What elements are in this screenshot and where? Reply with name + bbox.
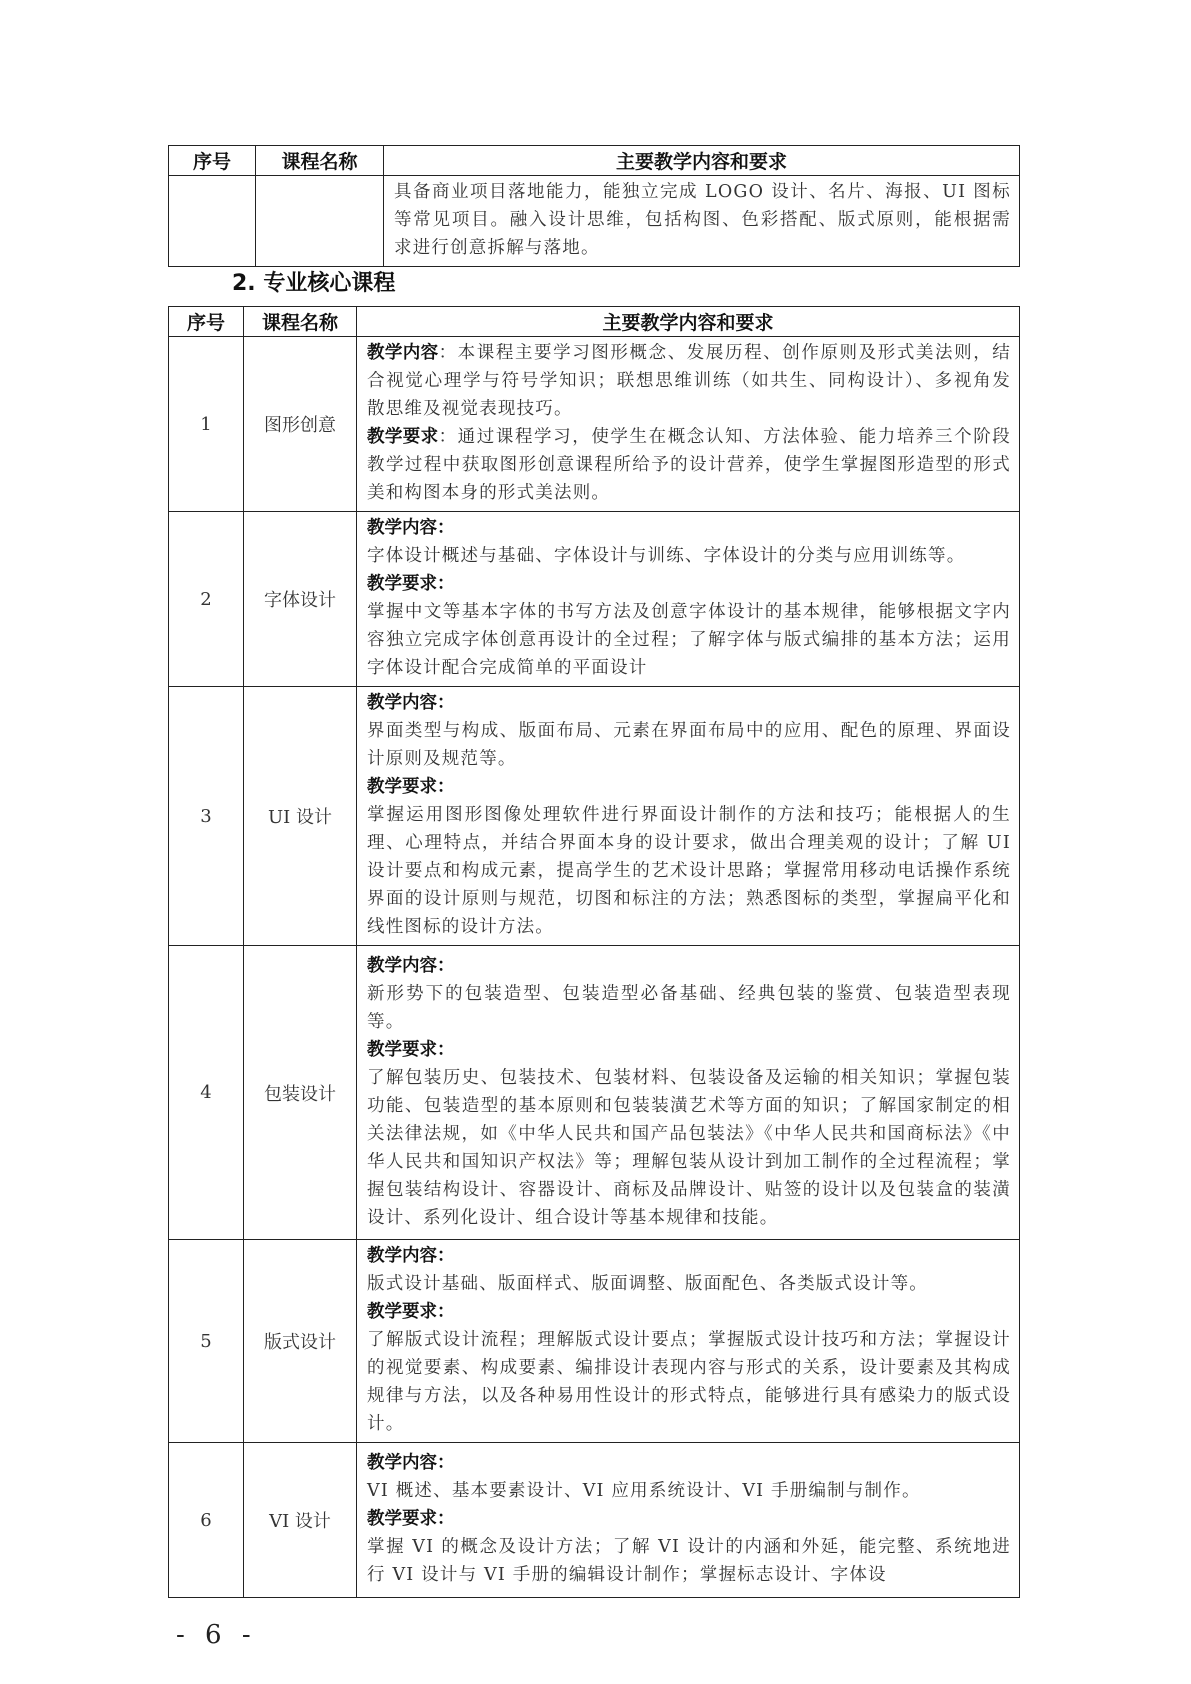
header-course-name: 课程名称 bbox=[256, 146, 384, 176]
table-row: 1 图形创意 教学内容：本课程主要学习图形概念、发展历程、创作原则及形式美法则，… bbox=[169, 337, 1020, 512]
row-content: 教学内容：本课程主要学习图形概念、发展历程、创作原则及形式美法则，结合视觉心理学… bbox=[357, 337, 1020, 512]
general-courses-table-continued: 序号 课程名称 主要教学内容和要求 具备商业项目落地能力，能独立完成 LOGO … bbox=[168, 145, 1020, 267]
table-row: 6 VI 设计 教学内容： VI 概述、基本要素设计、VI 应用系统设计、VI … bbox=[169, 1443, 1020, 1598]
table-row: 5 版式设计 教学内容： 版式设计基础、版面样式、版面调整、版面配色、各类版式设… bbox=[169, 1240, 1020, 1443]
requirement-text: ：通过课程学习，使学生在概念认知、方法体验、能力培养三个阶段教学过程中获取图形创… bbox=[367, 427, 1011, 503]
row-course-name: 图形创意 bbox=[244, 337, 357, 512]
content-label: 教学内容： bbox=[367, 1449, 1011, 1477]
requirement-label: 教学要求： bbox=[367, 773, 1011, 801]
requirement-label: 教学要求： bbox=[367, 1036, 1011, 1064]
table-row: 具备商业项目落地能力，能独立完成 LOGO 设计、名片、海报、UI 图标等常见项… bbox=[169, 176, 1020, 267]
content-text: ：本课程主要学习图形概念、发展历程、创作原则及形式美法则，结合视觉心理学与符号学… bbox=[367, 343, 1011, 419]
table-header-row: 序号 课程名称 主要教学内容和要求 bbox=[169, 146, 1020, 176]
row-index: 1 bbox=[169, 337, 244, 512]
header-course-name: 课程名称 bbox=[244, 307, 357, 337]
content-text: VI 概述、基本要素设计、VI 应用系统设计、VI 手册编制与制作。 bbox=[367, 1477, 1011, 1505]
row-index: 4 bbox=[169, 946, 244, 1240]
requirement-text: 了解包装历史、包装技术、包装材料、包装设备及运输的相关知识；掌握包装功能、包装造… bbox=[367, 1064, 1011, 1232]
table-header-row: 序号 课程名称 主要教学内容和要求 bbox=[169, 307, 1020, 337]
requirement-label: 教学要求 bbox=[367, 427, 439, 447]
header-index: 序号 bbox=[169, 146, 256, 176]
content-text: 新形势下的包装造型、包装造型必备基础、经典包装的鉴赏、包装造型表现等。 bbox=[367, 980, 1011, 1036]
row-course-name: VI 设计 bbox=[244, 1443, 357, 1598]
row-content: 教学内容： 字体设计概述与基础、字体设计与训练、字体设计的分类与应用训练等。 教… bbox=[357, 512, 1020, 687]
page-number: - 6 - bbox=[176, 1620, 257, 1650]
core-courses-table: 序号 课程名称 主要教学内容和要求 1 图形创意 教学内容：本课程主要学习图形概… bbox=[168, 306, 1020, 1598]
row-course-name bbox=[256, 176, 384, 267]
content-label: 教学内容： bbox=[367, 514, 1011, 542]
content-label: 教学内容： bbox=[367, 952, 1011, 980]
row-content: 教学内容： 界面类型与构成、版面布局、元素在界面布局中的应用、配色的原理、界面设… bbox=[357, 687, 1020, 946]
row-index: 3 bbox=[169, 687, 244, 946]
requirement-text: 掌握运用图形图像处理软件进行界面设计制作的方法和技巧；能根据人的生理、心理特点，… bbox=[367, 801, 1011, 941]
section-title: 2. 专业核心课程 bbox=[232, 266, 395, 297]
row-content: 教学内容： VI 概述、基本要素设计、VI 应用系统设计、VI 手册编制与制作。… bbox=[357, 1443, 1020, 1598]
row-course-name: UI 设计 bbox=[244, 687, 357, 946]
content-text: 字体设计概述与基础、字体设计与训练、字体设计的分类与应用训练等。 bbox=[367, 542, 1011, 570]
row-index bbox=[169, 176, 256, 267]
content-text: 版式设计基础、版面样式、版面调整、版面配色、各类版式设计等。 bbox=[367, 1270, 1011, 1298]
row-course-name: 字体设计 bbox=[244, 512, 357, 687]
requirement-label: 教学要求： bbox=[367, 570, 1011, 598]
row-index: 2 bbox=[169, 512, 244, 687]
header-content: 主要教学内容和要求 bbox=[357, 307, 1020, 337]
document-page: 序号 课程名称 主要教学内容和要求 具备商业项目落地能力，能独立完成 LOGO … bbox=[0, 0, 1191, 1684]
row-content: 教学内容： 版式设计基础、版面样式、版面调整、版面配色、各类版式设计等。 教学要… bbox=[357, 1240, 1020, 1443]
requirement-text: 掌握 VI 的概念及设计方法；了解 VI 设计的内涵和外延，能完整、系统地进行 … bbox=[367, 1533, 1011, 1589]
row-index: 5 bbox=[169, 1240, 244, 1443]
requirement-label: 教学要求： bbox=[367, 1298, 1011, 1326]
header-index: 序号 bbox=[169, 307, 244, 337]
table-row: 3 UI 设计 教学内容： 界面类型与构成、版面布局、元素在界面布局中的应用、配… bbox=[169, 687, 1020, 946]
row-content: 教学内容： 新形势下的包装造型、包装造型必备基础、经典包装的鉴赏、包装造型表现等… bbox=[357, 946, 1020, 1240]
requirement-label: 教学要求： bbox=[367, 1505, 1011, 1533]
table-row: 4 包装设计 教学内容： 新形势下的包装造型、包装造型必备基础、经典包装的鉴赏、… bbox=[169, 946, 1020, 1240]
content-label: 教学内容： bbox=[367, 1242, 1011, 1270]
content-label: 教学内容 bbox=[367, 343, 439, 363]
row-content: 具备商业项目落地能力，能独立完成 LOGO 设计、名片、海报、UI 图标等常见项… bbox=[384, 176, 1020, 267]
header-content: 主要教学内容和要求 bbox=[384, 146, 1020, 176]
row-course-name: 包装设计 bbox=[244, 946, 357, 1240]
requirement-text: 了解版式设计流程；理解版式设计要点；掌握版式设计技巧和方法；掌握设计的视觉要素、… bbox=[367, 1326, 1011, 1438]
content-text: 界面类型与构成、版面布局、元素在界面布局中的应用、配色的原理、界面设计原则及规范… bbox=[367, 717, 1011, 773]
row-course-name: 版式设计 bbox=[244, 1240, 357, 1443]
requirement-text: 掌握中文等基本字体的书写方法及创意字体设计的基本规律，能够根据文字内容独立完成字… bbox=[367, 598, 1011, 682]
table-row: 2 字体设计 教学内容： 字体设计概述与基础、字体设计与训练、字体设计的分类与应… bbox=[169, 512, 1020, 687]
row-index: 6 bbox=[169, 1443, 244, 1598]
content-label: 教学内容： bbox=[367, 689, 1011, 717]
